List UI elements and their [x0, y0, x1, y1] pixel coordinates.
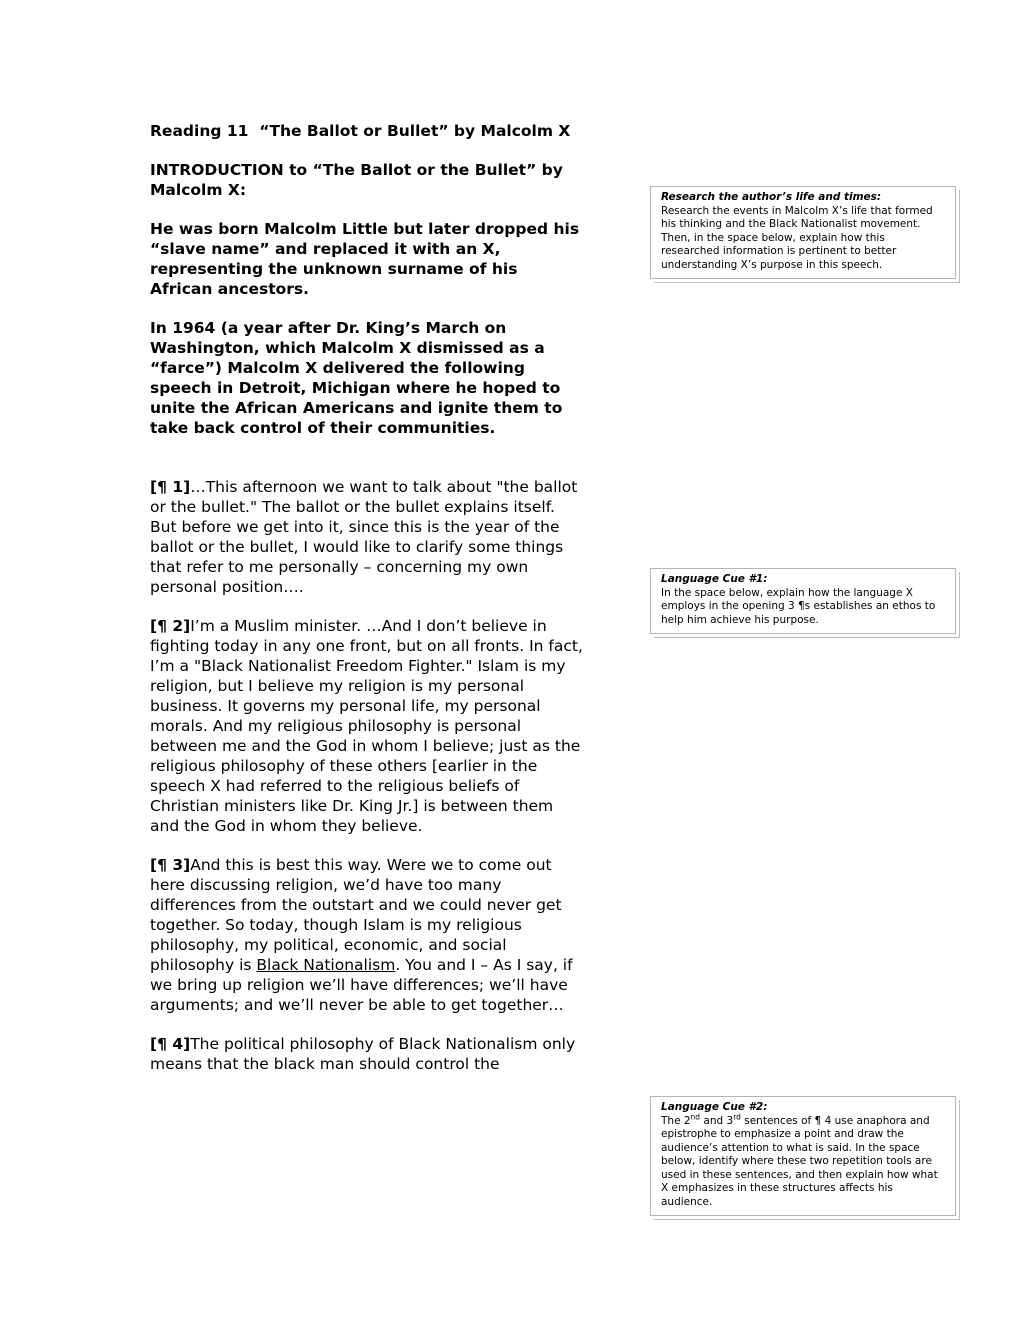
callout-title: Research the author’s life and times: — [661, 191, 945, 205]
text-segment: Research the events in Malcolm X’s life … — [661, 205, 933, 271]
text-segment: [¶ 4] — [150, 1035, 190, 1053]
text-segment: The 2 — [661, 1115, 691, 1127]
text-segment: Black Nationalism — [256, 956, 395, 974]
callout-research-author: Research the author’s life and times: Re… — [650, 186, 956, 279]
reading-title: Reading 11 “The Ballot or Bullet” by Mal… — [150, 121, 584, 141]
text-segment: In 1964 (a year after Dr. King’s March o… — [150, 319, 562, 437]
text-segment: He was born Malcolm Little but later dro… — [150, 220, 579, 298]
text-segment: nd — [691, 1112, 701, 1121]
text-segment: [¶ 2] — [150, 617, 190, 635]
callout-body: Research the events in Malcolm X’s life … — [661, 205, 945, 273]
speech-paragraph-3: [¶ 3]And this is best this way. Were we … — [150, 855, 584, 1015]
text-segment: [¶ 3] — [150, 856, 190, 874]
speech-paragraph-2: [¶ 2]I’m a Muslim minister. …And I don’t… — [150, 616, 584, 836]
text-segment: …This afternoon we want to talk about "t… — [150, 478, 577, 596]
introduction-heading: INTRODUCTION to “The Ballot or the Bulle… — [150, 160, 584, 200]
intro-paragraph-1964-context: In 1964 (a year after Dr. King’s March o… — [150, 318, 584, 438]
callout-language-cue-1: Language Cue #1: In the space below, exp… — [650, 568, 956, 634]
speech-paragraph-1: [¶ 1]…This afternoon we want to talk abo… — [150, 477, 584, 597]
text-segment: Reading 11 “The Ballot or Bullet” by Mal… — [150, 122, 570, 140]
text-segment: The political philosophy of Black Nation… — [150, 1035, 575, 1073]
text-segment: [¶ 1] — [150, 478, 190, 496]
text-segment: INTRODUCTION to “The Ballot or the Bulle… — [150, 161, 563, 199]
text-segment: sentences of ¶ 4 use anaphora and epistr… — [661, 1115, 938, 1208]
worksheet-page: Reading 11 “The Ballot or Bullet” by Mal… — [0, 0, 1020, 1320]
text-segment: rd — [733, 1112, 741, 1121]
text-segment: and 3 — [700, 1115, 733, 1127]
text-segment: I’m a Muslim minister. …And I don’t beli… — [150, 617, 583, 835]
callout-body: The 2nd and 3rd sentences of ¶ 4 use ana… — [661, 1115, 945, 1210]
callout-title: Language Cue #1: — [661, 573, 945, 587]
intro-paragraph-birth-name: He was born Malcolm Little but later dro… — [150, 219, 584, 299]
text-segment: In the space below, explain how the lang… — [661, 587, 935, 626]
callout-title: Language Cue #2: — [661, 1101, 945, 1115]
callout-body: In the space below, explain how the lang… — [661, 587, 945, 628]
speech-paragraph-4: [¶ 4]The political philosophy of Black N… — [150, 1034, 584, 1074]
speech-text-column: Reading 11 “The Ballot or Bullet” by Mal… — [150, 121, 584, 1093]
callout-language-cue-2: Language Cue #2: The 2nd and 3rd sentenc… — [650, 1096, 956, 1216]
